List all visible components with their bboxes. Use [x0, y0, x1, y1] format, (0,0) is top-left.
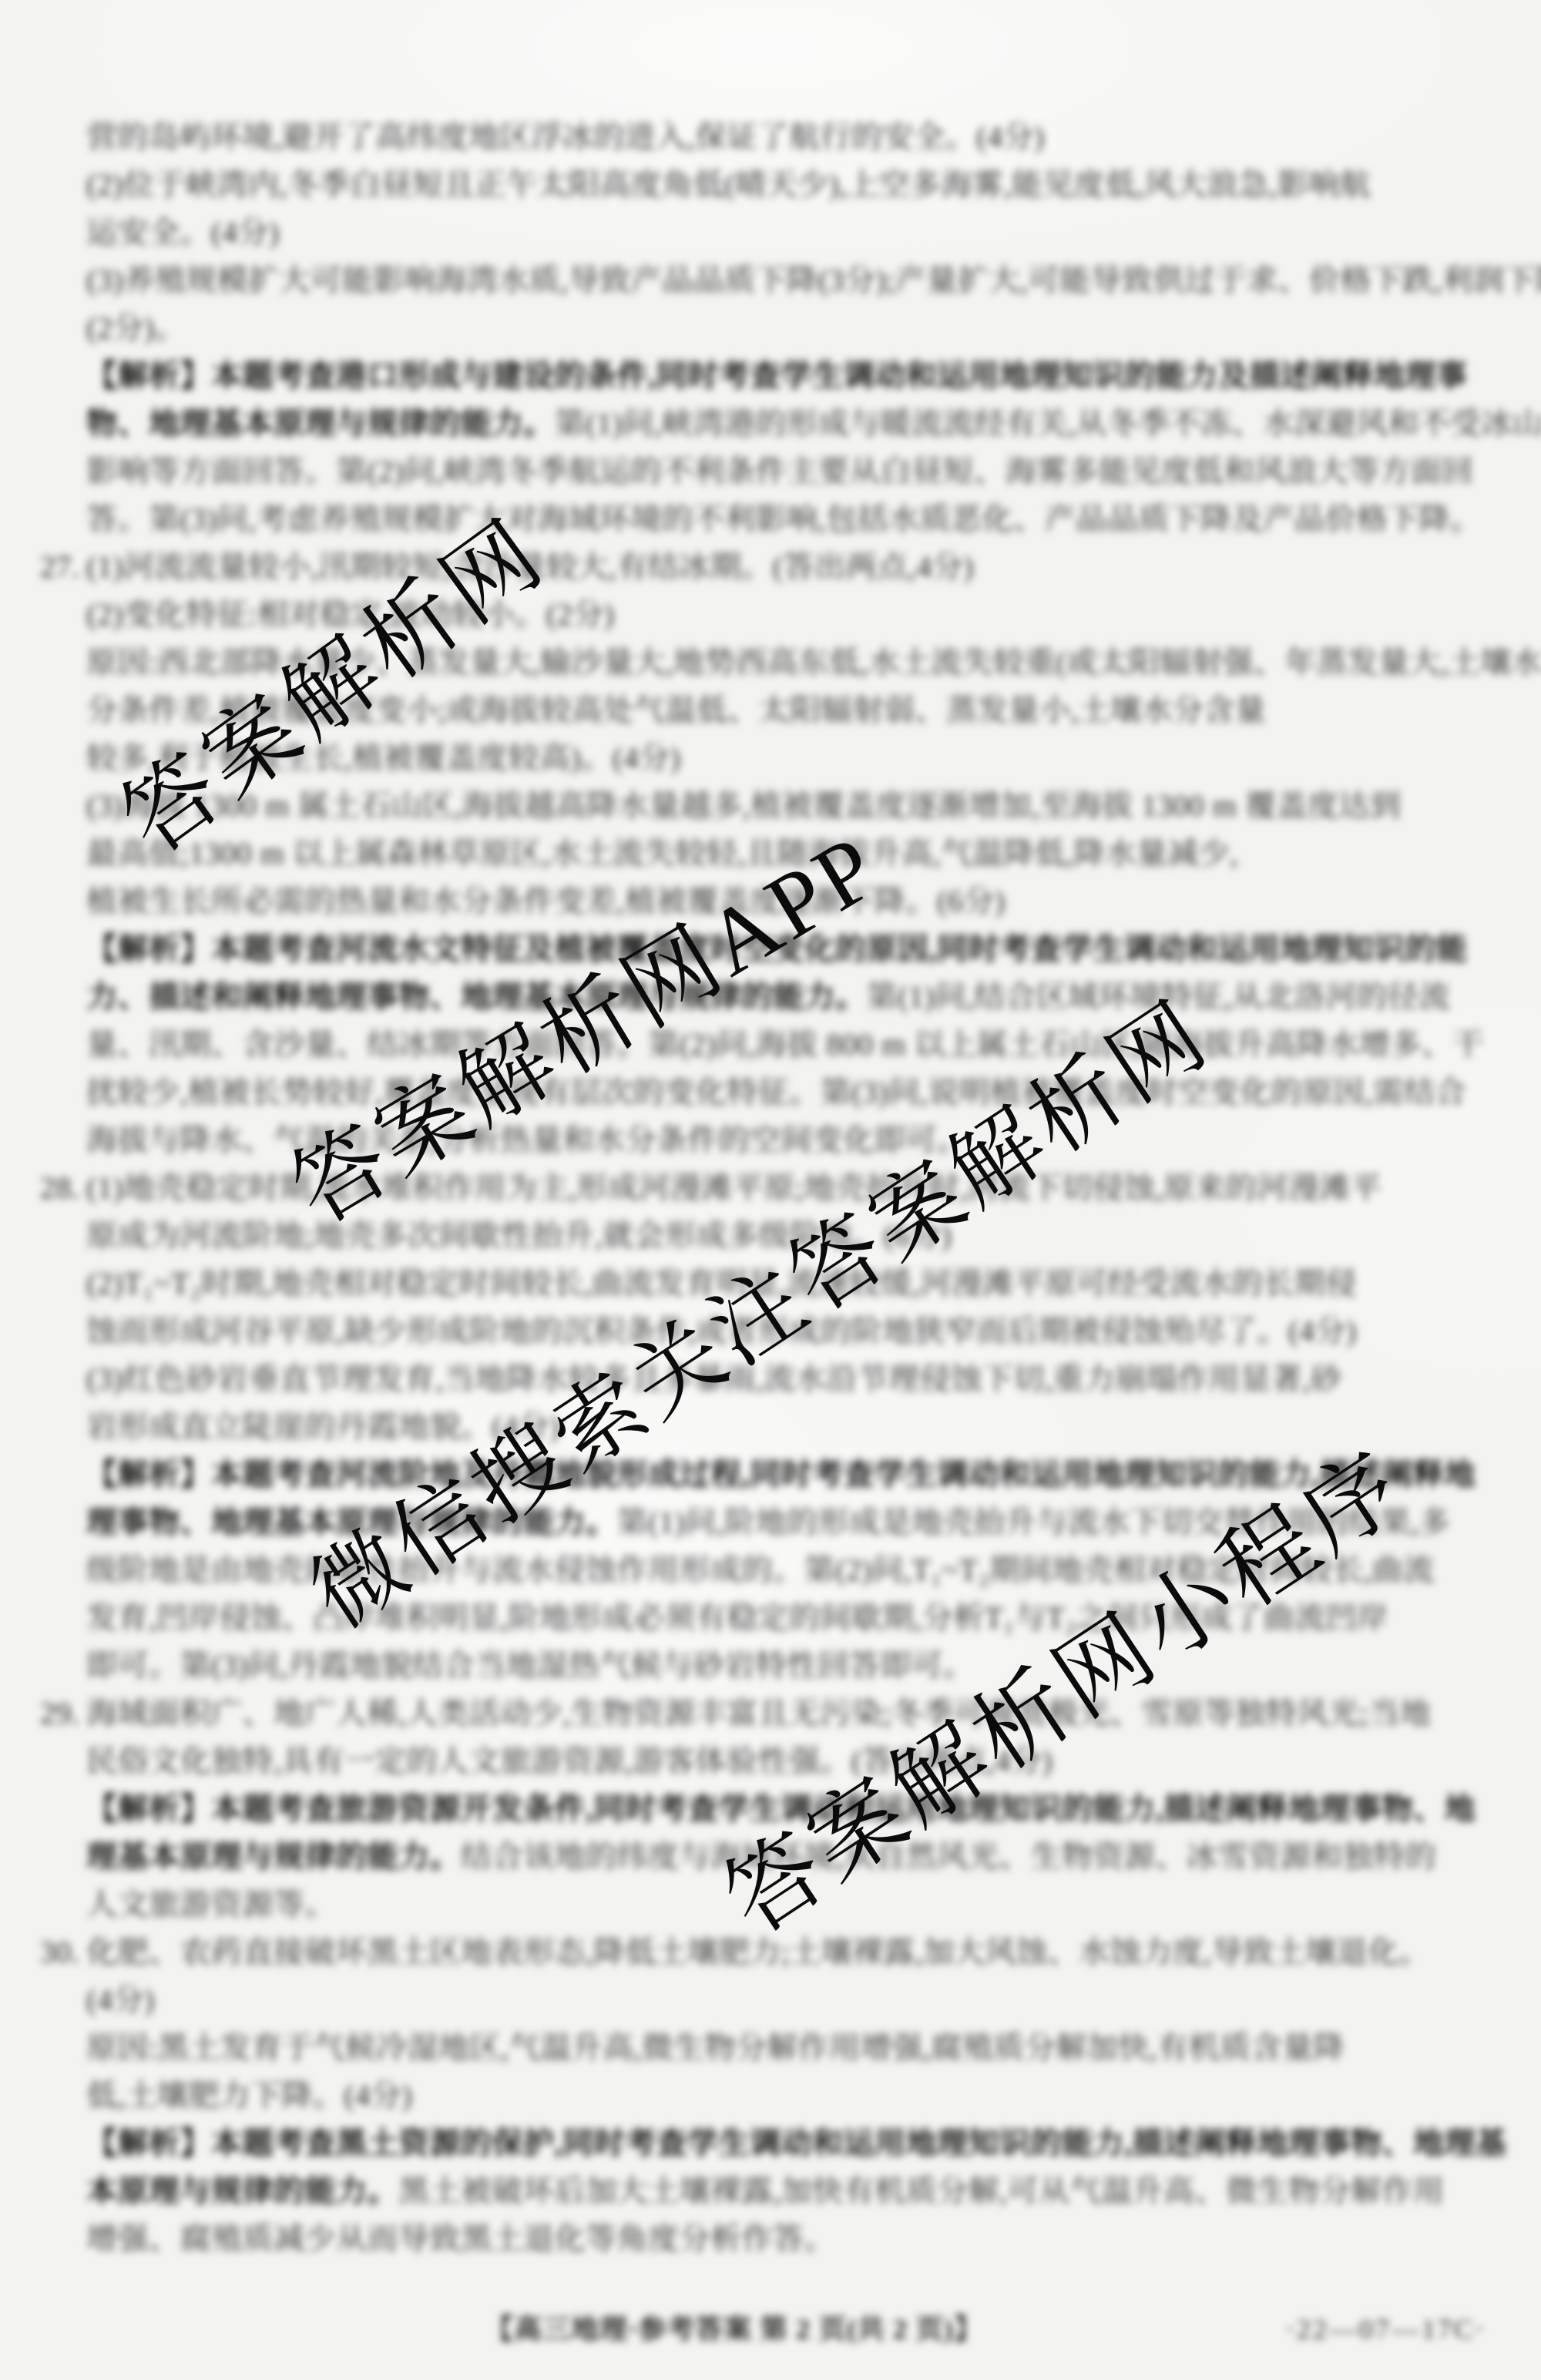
text-line: 民俗文化独特,具有一定的人文旅游资源,游客体验性强。(答出两点,4分)	[86, 1737, 1469, 1785]
text-line: 29.海域面积广、地广人稀,人类活动少,生物资源丰富且无污染;冬季可观赏极光、雪…	[86, 1690, 1469, 1737]
text-line: (3)养殖规模扩大可能影响海湾水质,导致产品品质下降(3分);产量扩大,可能导致…	[86, 257, 1469, 304]
text-line: 量、汛期、含沙量、结冰期等方面回答。第(2)问,海拔 800 m 以上属土石山区…	[86, 1021, 1469, 1069]
text-line: (2)位于峡湾内,冬季白昼短且正午太阳高度角低(晴天少),上空多海雾,能见度低,…	[86, 161, 1469, 209]
text-line: 人文旅游资源等。	[86, 1881, 1469, 1929]
text-line: 理事物、地理基本原理与规律的能力。第(1)问,阶地的形成是地壳抬升与流水下切交替…	[86, 1499, 1469, 1546]
footer-exam-title: 【高三地理·参考答案 第 2 页(共 2 页)】	[485, 2305, 982, 2353]
scanned-document-blurred-layer: 营的岛屿环境,避开了高纬度地区浮冰的进入,保证了航行的安全。(4分)(2)位于峡…	[0, 0, 1541, 2380]
text-line: 【解析】本题考查黑土资源的保护,同时考查学生调动和运用地理知识的能力,描述阐释地…	[86, 2120, 1469, 2167]
question-number: 28.	[40, 1164, 86, 1212]
text-line: 影响等方面回答。第(2)问,峡湾冬季航运的不利条件主要从白昼短、海雾多能见度低和…	[86, 448, 1469, 495]
question-number: 29.	[40, 1690, 86, 1737]
text-line: 较多,利于植被生长,植被覆盖度较高)。(4分)	[86, 734, 1469, 782]
text-line: 蚀而形成河谷平原,缺少形成阶地的沉积条件,或者形成的阶地狭窄而后期被侵蚀殆尽了。…	[86, 1307, 1469, 1355]
text-line: 岩形成直立陡崖的丹霞地貌。(4分)	[86, 1403, 1469, 1451]
text-line: (2)T₁~T₂时期,地壳相对稳定时间较长,曲流发育明显,流速较缓,河漫滩平原可…	[86, 1260, 1469, 1307]
text-line: 原成为河流阶地;地壳多次间歇性抬升,就会形成多级阶地。(6分)	[86, 1212, 1469, 1260]
text-line: 28.(1)地壳稳定时期,流水堆积作用为主,形成河漫滩平原;地壳抬升时,河流下切…	[86, 1164, 1469, 1212]
text-line: (3)海拔 1300 m 属土石山区,海拔越高降水量越多,植被覆盖度逐渐增加,至…	[86, 782, 1469, 830]
text-line: 【解析】本题考查港口形成与建设的条件,同时考查学生调动和运用地理知识的能力及描述…	[86, 352, 1469, 400]
analysis-label-bold: 理基本原理与规律的能力。	[86, 1839, 461, 1874]
text-line: 分条件差,植被覆盖度变小;或海拔较高处气温低、太阳辐射弱、蒸发量小,土壤水分含量	[86, 686, 1469, 734]
text-line: 运安全。(4分)	[86, 209, 1469, 257]
text-line: 本原理与规律的能力。黑土被破坏后加大土壤裸露,加快有机质分解,可从气温升高、微生…	[86, 2167, 1469, 2215]
analysis-label-bold: 物、地理基本原理与规律的能力。	[86, 406, 555, 441]
text-line: 海拔与降水、气温的关系,分析热量和水分条件的空间变化即可。	[86, 1116, 1469, 1164]
analysis-label-bold: 理事物、地理基本原理与规律的能力。	[86, 1505, 617, 1539]
text-line: 增强、腐殖质减少从而导致黑土退化等角度分析作答。	[86, 2215, 1469, 2263]
text-line: 扰较少,植被长势较好,覆盖度呈现有层次的变化特征。第(3)问,说明植被覆盖度时空…	[86, 1069, 1469, 1116]
text-line: 【解析】本题考查河流水文特征及植被覆盖度时空变化的原因,同时考查学生调动和运用地…	[86, 925, 1469, 973]
text-line: 最高值;1300 m 以上属森林草原区,水土流失较轻,且随海拔升高,气温降低,降…	[86, 830, 1469, 878]
analysis-label-bold: 力、描述和阐释地理事物、地理基本原理与规律的能力。	[86, 979, 867, 1014]
document-body: 营的岛屿环境,避开了高纬度地区浮冰的进入,保证了航行的安全。(4分)(2)位于峡…	[86, 113, 1469, 2263]
footer-paper-code: ·22—07—17C·	[1285, 2305, 1486, 2353]
text-line: 【解析】本题考查旅游资源开发条件,同时考查学生调动和运用地理知识的能力,描述阐释…	[86, 1785, 1469, 1833]
text-line: 即可。第(3)问,丹霞地貌结合当地湿热气候与砂岩特性回答即可。	[86, 1642, 1469, 1690]
question-number: 30.	[40, 1929, 86, 1976]
text-line: 级阶地是由地壳间歇性抬升与流水侵蚀作用形成的。第(2)问,T₁~T₂期间地壳相对…	[86, 1546, 1469, 1594]
text-line: (3)红色砂岩垂直节理发育,当地降水较多且多暴雨,流水沿节理侵蚀下切,重力崩塌作…	[86, 1355, 1469, 1403]
text-line: (4分)	[86, 1976, 1469, 2024]
text-line: 力、描述和阐释地理事物、地理基本原理与规律的能力。第(1)问,结合区域环境特征,…	[86, 973, 1469, 1021]
text-line: (2分)。	[86, 304, 1469, 352]
text-line: 发育,凹岸侵蚀、凸岸堆积明显,阶地形成必须有稳定的间歇期,分析T₁与T₂之间只形…	[86, 1594, 1469, 1642]
text-line: 30.化肥、农药直接破坏黑土区地表形态,降低土壤肥力;土壤裸露,加大风蚀、水蚀力…	[86, 1929, 1469, 1976]
text-line: 【解析】本题考查河流阶地及丹霞地貌形成过程,同时考查学生调动和运用地理知识的能力…	[86, 1451, 1469, 1499]
text-line: 27.(1)河流流量较小,汛期较短;含沙量较大,有结冰期。(答出两点,4分)	[86, 543, 1469, 591]
text-line: 理基本原理与规律的能力。结合该地的纬度与海域环境,从自然风光、生物资源、冰雪资源…	[86, 1833, 1469, 1881]
text-line: 植被生长所必需的热量和水分条件变差,植被覆盖度逐渐下降。(6分)	[86, 878, 1469, 925]
analysis-label-bold: 本原理与规律的能力。	[86, 2174, 398, 2208]
text-line: 营的岛屿环境,避开了高纬度地区浮冰的进入,保证了航行的安全。(4分)	[86, 113, 1469, 161]
text-line: 物、地理基本原理与规律的能力。第(1)问,峡湾港的形成与暖流流经有关,从冬季不冻…	[86, 400, 1469, 448]
page-footer: 【高三地理·参考答案 第 2 页(共 2 页)】 ·22—07—17C·	[0, 2305, 1541, 2353]
text-line: 答。第(3)问,考虑养殖规模扩大对海域环境的不利影响,包括水质恶化、产品品质下降…	[86, 495, 1469, 543]
question-number: 27.	[40, 543, 86, 591]
text-line: (2)变化特征:相对稳定,波动较小。(2分)	[86, 591, 1469, 639]
text-line: 原因:黑土发育于气候冷湿地区,气温升高,微生物分解作用增强,腐殖质分解加快,有机…	[86, 2024, 1469, 2072]
text-line: 原因:西北部降水量少、蒸发量大,输沙量大,地势西高东低,水土流失较重(或太阳辐射…	[86, 639, 1469, 686]
page: 营的岛屿环境,避开了高纬度地区浮冰的进入,保证了航行的安全。(4分)(2)位于峡…	[0, 0, 1541, 2380]
text-line: 低,土壤肥力下降。(4分)	[86, 2072, 1469, 2120]
